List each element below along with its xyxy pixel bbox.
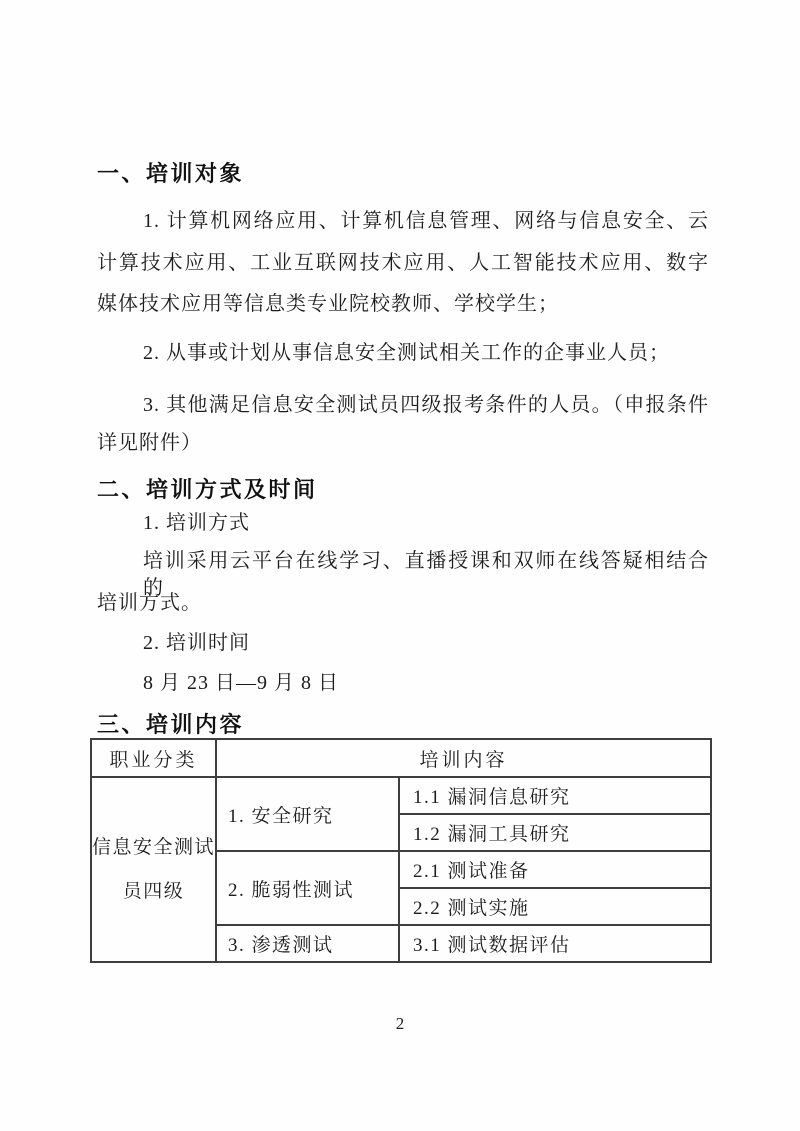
header-cell-training-content: 培训内容 xyxy=(216,739,711,777)
category-line1: 信息安全测试 xyxy=(92,826,215,870)
training-content-table: 职业分类 培训内容 信息安全测试 员四级 1. 安全研究 1.1 漏洞信息研究 … xyxy=(90,738,712,963)
section2-method-line2: 培训方式。 xyxy=(97,590,709,617)
module-cell-vulnerability-testing: 2. 脆弱性测试 xyxy=(216,851,399,925)
page-number: 2 xyxy=(0,1014,800,1034)
item-cell: 1.1 漏洞信息研究 xyxy=(399,777,711,814)
section1-item1-line1: 1. 计算机网络应用、计算机信息管理、网络与信息安全、云 xyxy=(97,208,709,235)
header-cell-category: 职业分类 xyxy=(91,739,216,777)
section1-item3-line2: 详见附件） xyxy=(97,430,709,457)
module-cell-security-research: 1. 安全研究 xyxy=(216,777,399,851)
document-page: 一、培训对象 1. 计算机网络应用、计算机信息管理、网络与信息安全、云 计算技术… xyxy=(0,0,800,1131)
module-cell-penetration-testing: 3. 渗透测试 xyxy=(216,925,399,962)
item-cell: 2.2 测试实施 xyxy=(399,888,711,925)
section1-item3-line1: 3. 其他满足信息安全测试员四级报考条件的人员。（申报条件 xyxy=(97,392,709,419)
category-line2: 员四级 xyxy=(92,870,215,914)
item-cell: 1.2 漏洞工具研究 xyxy=(399,814,711,851)
section2-heading: 二、培训方式及时间 xyxy=(97,476,709,503)
section2-date-range: 8 月 23 日—9 月 8 日 xyxy=(97,670,709,697)
section2-sub2: 2. 培训时间 xyxy=(97,630,709,657)
section3-heading: 三、培训内容 xyxy=(97,711,709,738)
section1-heading: 一、培训对象 xyxy=(97,160,709,187)
category-cell: 信息安全测试 员四级 xyxy=(91,777,216,962)
section2-sub1: 1. 培训方式 xyxy=(97,510,709,537)
table-row: 信息安全测试 员四级 1. 安全研究 1.1 漏洞信息研究 xyxy=(91,777,711,814)
table-header-row: 职业分类 培训内容 xyxy=(91,739,711,777)
section1-item2: 2. 从事或计划从事信息安全测试相关工作的企事业人员； xyxy=(97,340,709,367)
item-cell: 3.1 测试数据评估 xyxy=(399,925,711,962)
item-cell: 2.1 测试准备 xyxy=(399,851,711,888)
section1-item1-line2: 计算技术应用、工业互联网技术应用、人工智能技术应用、数字 xyxy=(97,250,709,277)
section1-item1-line3: 媒体技术应用等信息类专业院校教师、学校学生； xyxy=(97,291,709,318)
